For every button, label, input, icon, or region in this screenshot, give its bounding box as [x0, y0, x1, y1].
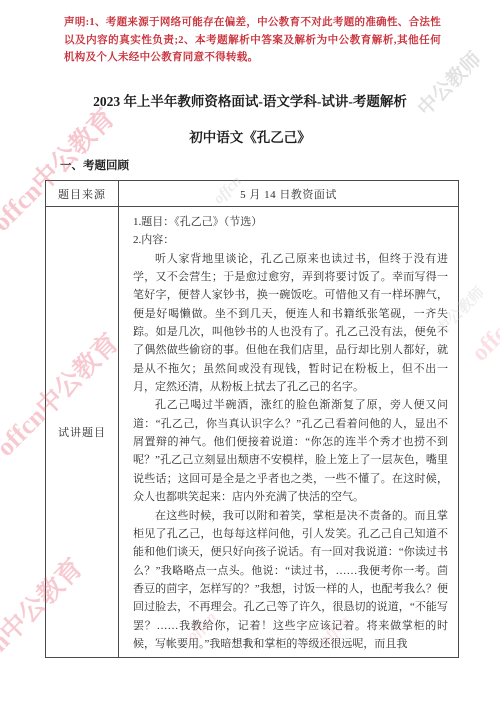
document-page: offcn中公教育 offcn中公教育 offcn中公教育 offcn中公教育 …: [0, 0, 500, 703]
passage-paragraph: 听人家背地里谈论，孔乙己原来也读过书，但终于没有进学，又不会营生；于是愈过愈穷，…: [133, 250, 448, 397]
page-number: 1: [0, 638, 494, 649]
document-subtitle: 初中语文《孔乙己》: [0, 126, 500, 146]
question-content-line: 2.内容：: [133, 231, 448, 249]
brand-watermark: offcn中公教育: [461, 238, 500, 367]
table-row-content: 试讲题目 1.题目：《孔乙己》（节选） 2.内容： 听人家背地里谈论，孔乙己原来…: [46, 207, 459, 658]
question-title-line: 1.题目：《孔乙己》（节选）: [133, 213, 448, 231]
content-cell: 1.题目：《孔乙己》（节选） 2.内容： 听人家背地里谈论，孔乙己原来也读过书，…: [119, 207, 459, 658]
document-title: 2023 年上半年教师资格面试-语文学科-试讲-考题解析: [0, 90, 500, 110]
table-row-source: 题目来源 5 月 14 日教资面试: [46, 181, 459, 207]
source-value-cell: 5 月 14 日教资面试: [119, 181, 459, 207]
exam-question-table: 题目来源 5 月 14 日教资面试 试讲题目 1.题目：《孔乙己》（节选） 2.…: [45, 180, 459, 658]
source-label-cell: 题目来源: [46, 181, 119, 207]
section-heading: 一、考题回顾: [60, 157, 129, 173]
passage-paragraph: 在这些时候，我可以附和着笑，掌柜是决不责备的。而且掌柜见了孔乙己，也每每这样问他…: [133, 507, 448, 654]
disclaimer-text: 声明:1、考题来源于网络可能存在偏差，中公教育不对此考题的准确性、合法性以及内容…: [64, 14, 441, 67]
content-label-cell: 试讲题目: [46, 207, 119, 658]
passage-paragraph: 孔乙己喝过半碗酒，涨红的脸色渐渐复了原，旁人便又问道：“孔乙己，你当真认识字么？…: [133, 396, 448, 506]
